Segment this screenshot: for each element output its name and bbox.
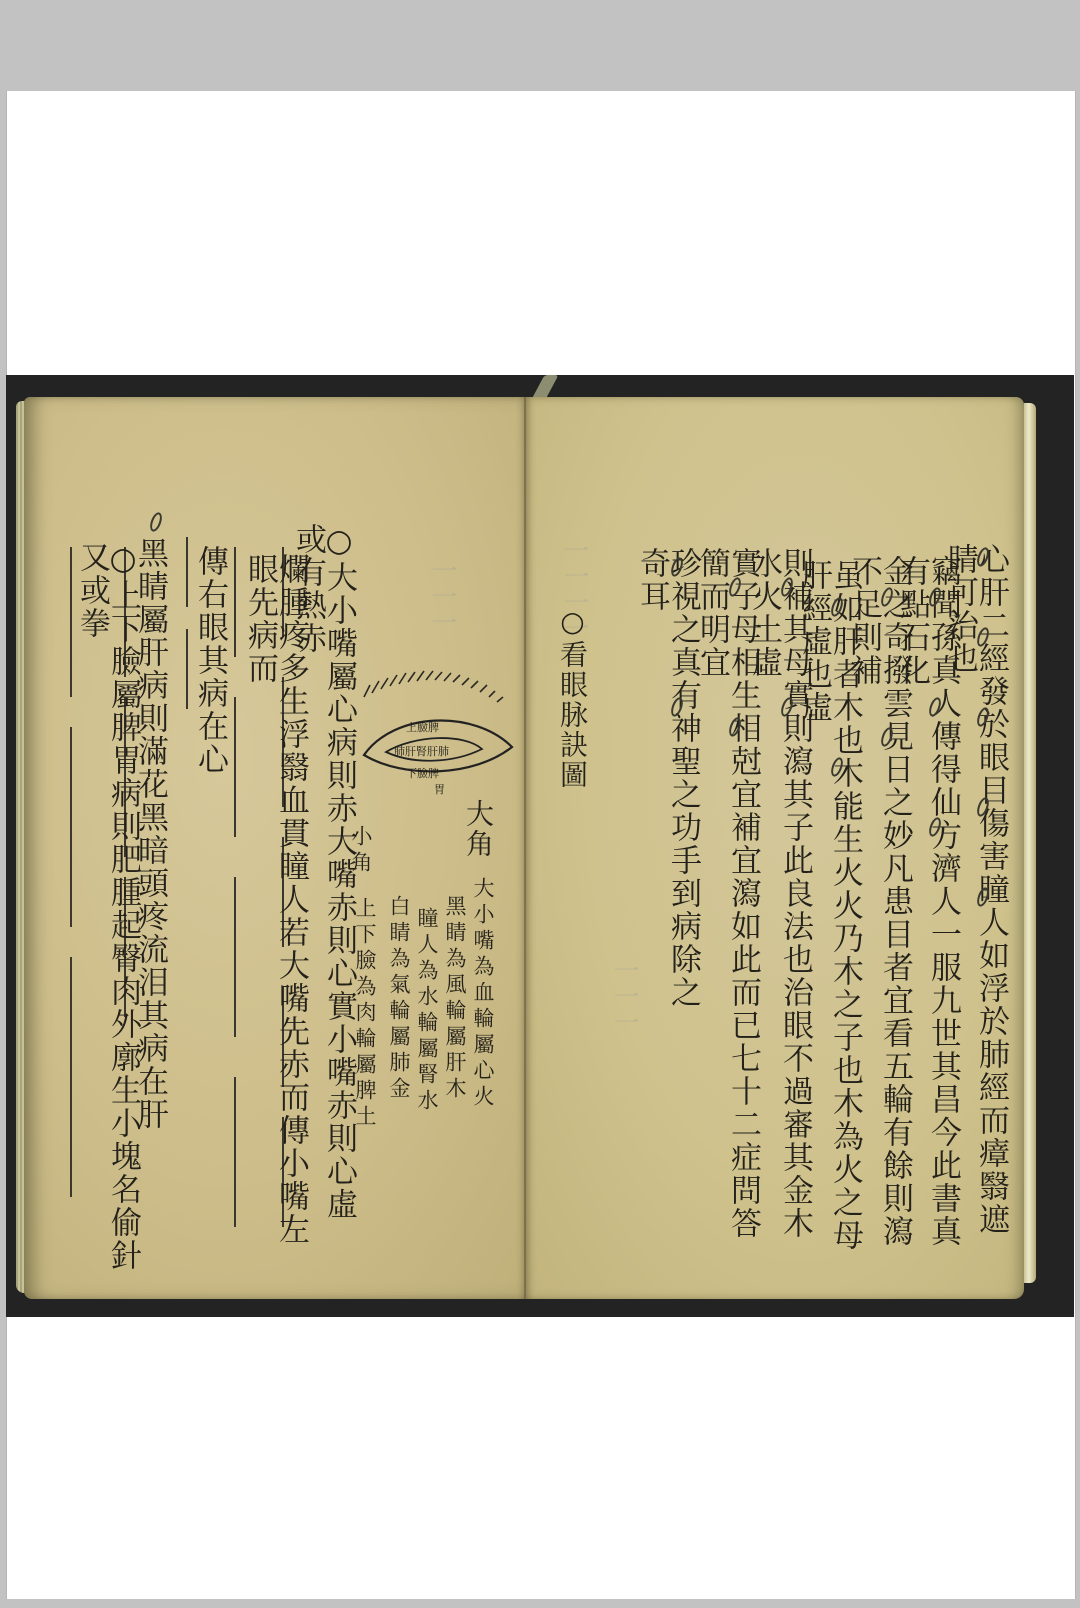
eye-diagram: 上臉脾 肺肝腎肝肺 下臉脾 胃	[354, 647, 534, 807]
annotation-blood-wheel: 大小嘴為血輪屬心火	[472, 877, 493, 1111]
manuscript-photo: 一一一 ○大小嘴屬心病則赤大嘴赤則心實小嘴赤則心虛或有熱赤 爛腫疼多生浮翳血貫瞳…	[6, 375, 1074, 1317]
section-heading: ○看眼脉訣圖	[558, 605, 586, 790]
ink-rule	[186, 537, 188, 607]
annotation-wind-wheel: 黑睛為風輪屬肝木	[444, 895, 465, 1103]
ink-rule	[70, 957, 72, 1197]
ink-rule	[234, 1077, 236, 1227]
ink-rule	[234, 877, 236, 1037]
ink-rule	[234, 697, 236, 837]
book-spread: 一一一 ○大小嘴屬心病則赤大嘴赤則心實小嘴赤則心虛或有熱赤 爛腫疼多生浮翳血貫瞳…	[24, 397, 1056, 1299]
ink-rule	[70, 727, 72, 927]
annotation-qi-wheel: 白睛為氣輪屬肺金	[388, 895, 409, 1103]
left-col-3: 傳右眼其病在心	[194, 545, 225, 805]
ink-rule	[186, 629, 188, 709]
punctuation-mark	[148, 511, 164, 533]
left-col-5: ○上下臉屬脾胃病則肥腫起臀肉外廓生小塊名偷針又或拳	[76, 541, 138, 1301]
right-fore-edge	[1024, 403, 1036, 1283]
left-col-2: 爛腫疼多生浮翳血貫瞳人若大嘴先赤而傳小嘴左眼先病而	[244, 553, 306, 1253]
lower-lid-label: 下臉脾	[406, 765, 439, 781]
left-page: 一一一 ○大小嘴屬心病則赤大嘴赤則心實小嘴赤則心虛或有熱赤 爛腫疼多生浮翳血貫瞳…	[24, 397, 526, 1299]
ink-rule	[234, 547, 236, 657]
upper-lid-label: 上臉脾	[406, 719, 439, 735]
corner-large-label: 大角	[464, 799, 492, 859]
middle-label: 肺肝腎肝肺	[394, 743, 449, 759]
corner-small-label: 小角	[350, 825, 371, 877]
ink-rule	[70, 547, 72, 697]
annotation-flesh-wheel: 上下臉為肉輪屬脾土	[354, 897, 375, 1131]
right-col-7: 珍視之真有神聖之功手到病除之奇耳	[636, 547, 698, 1027]
below-label: 胃	[434, 781, 445, 797]
annotation-water-wheel: 瞳人為水輪屬腎水	[416, 907, 437, 1115]
right-page: 一一一一 一一一 心肝二經發於眼目傷害瞳人如浮於肺經而瘴翳遮睛可治也 竊聞孫真人…	[526, 397, 1024, 1299]
show-through-text: 一一一	[424, 557, 461, 635]
right-col-6: 實子母相生相尅宜補宜瀉如此而已七十二症問答簡而明宜	[696, 547, 758, 1267]
